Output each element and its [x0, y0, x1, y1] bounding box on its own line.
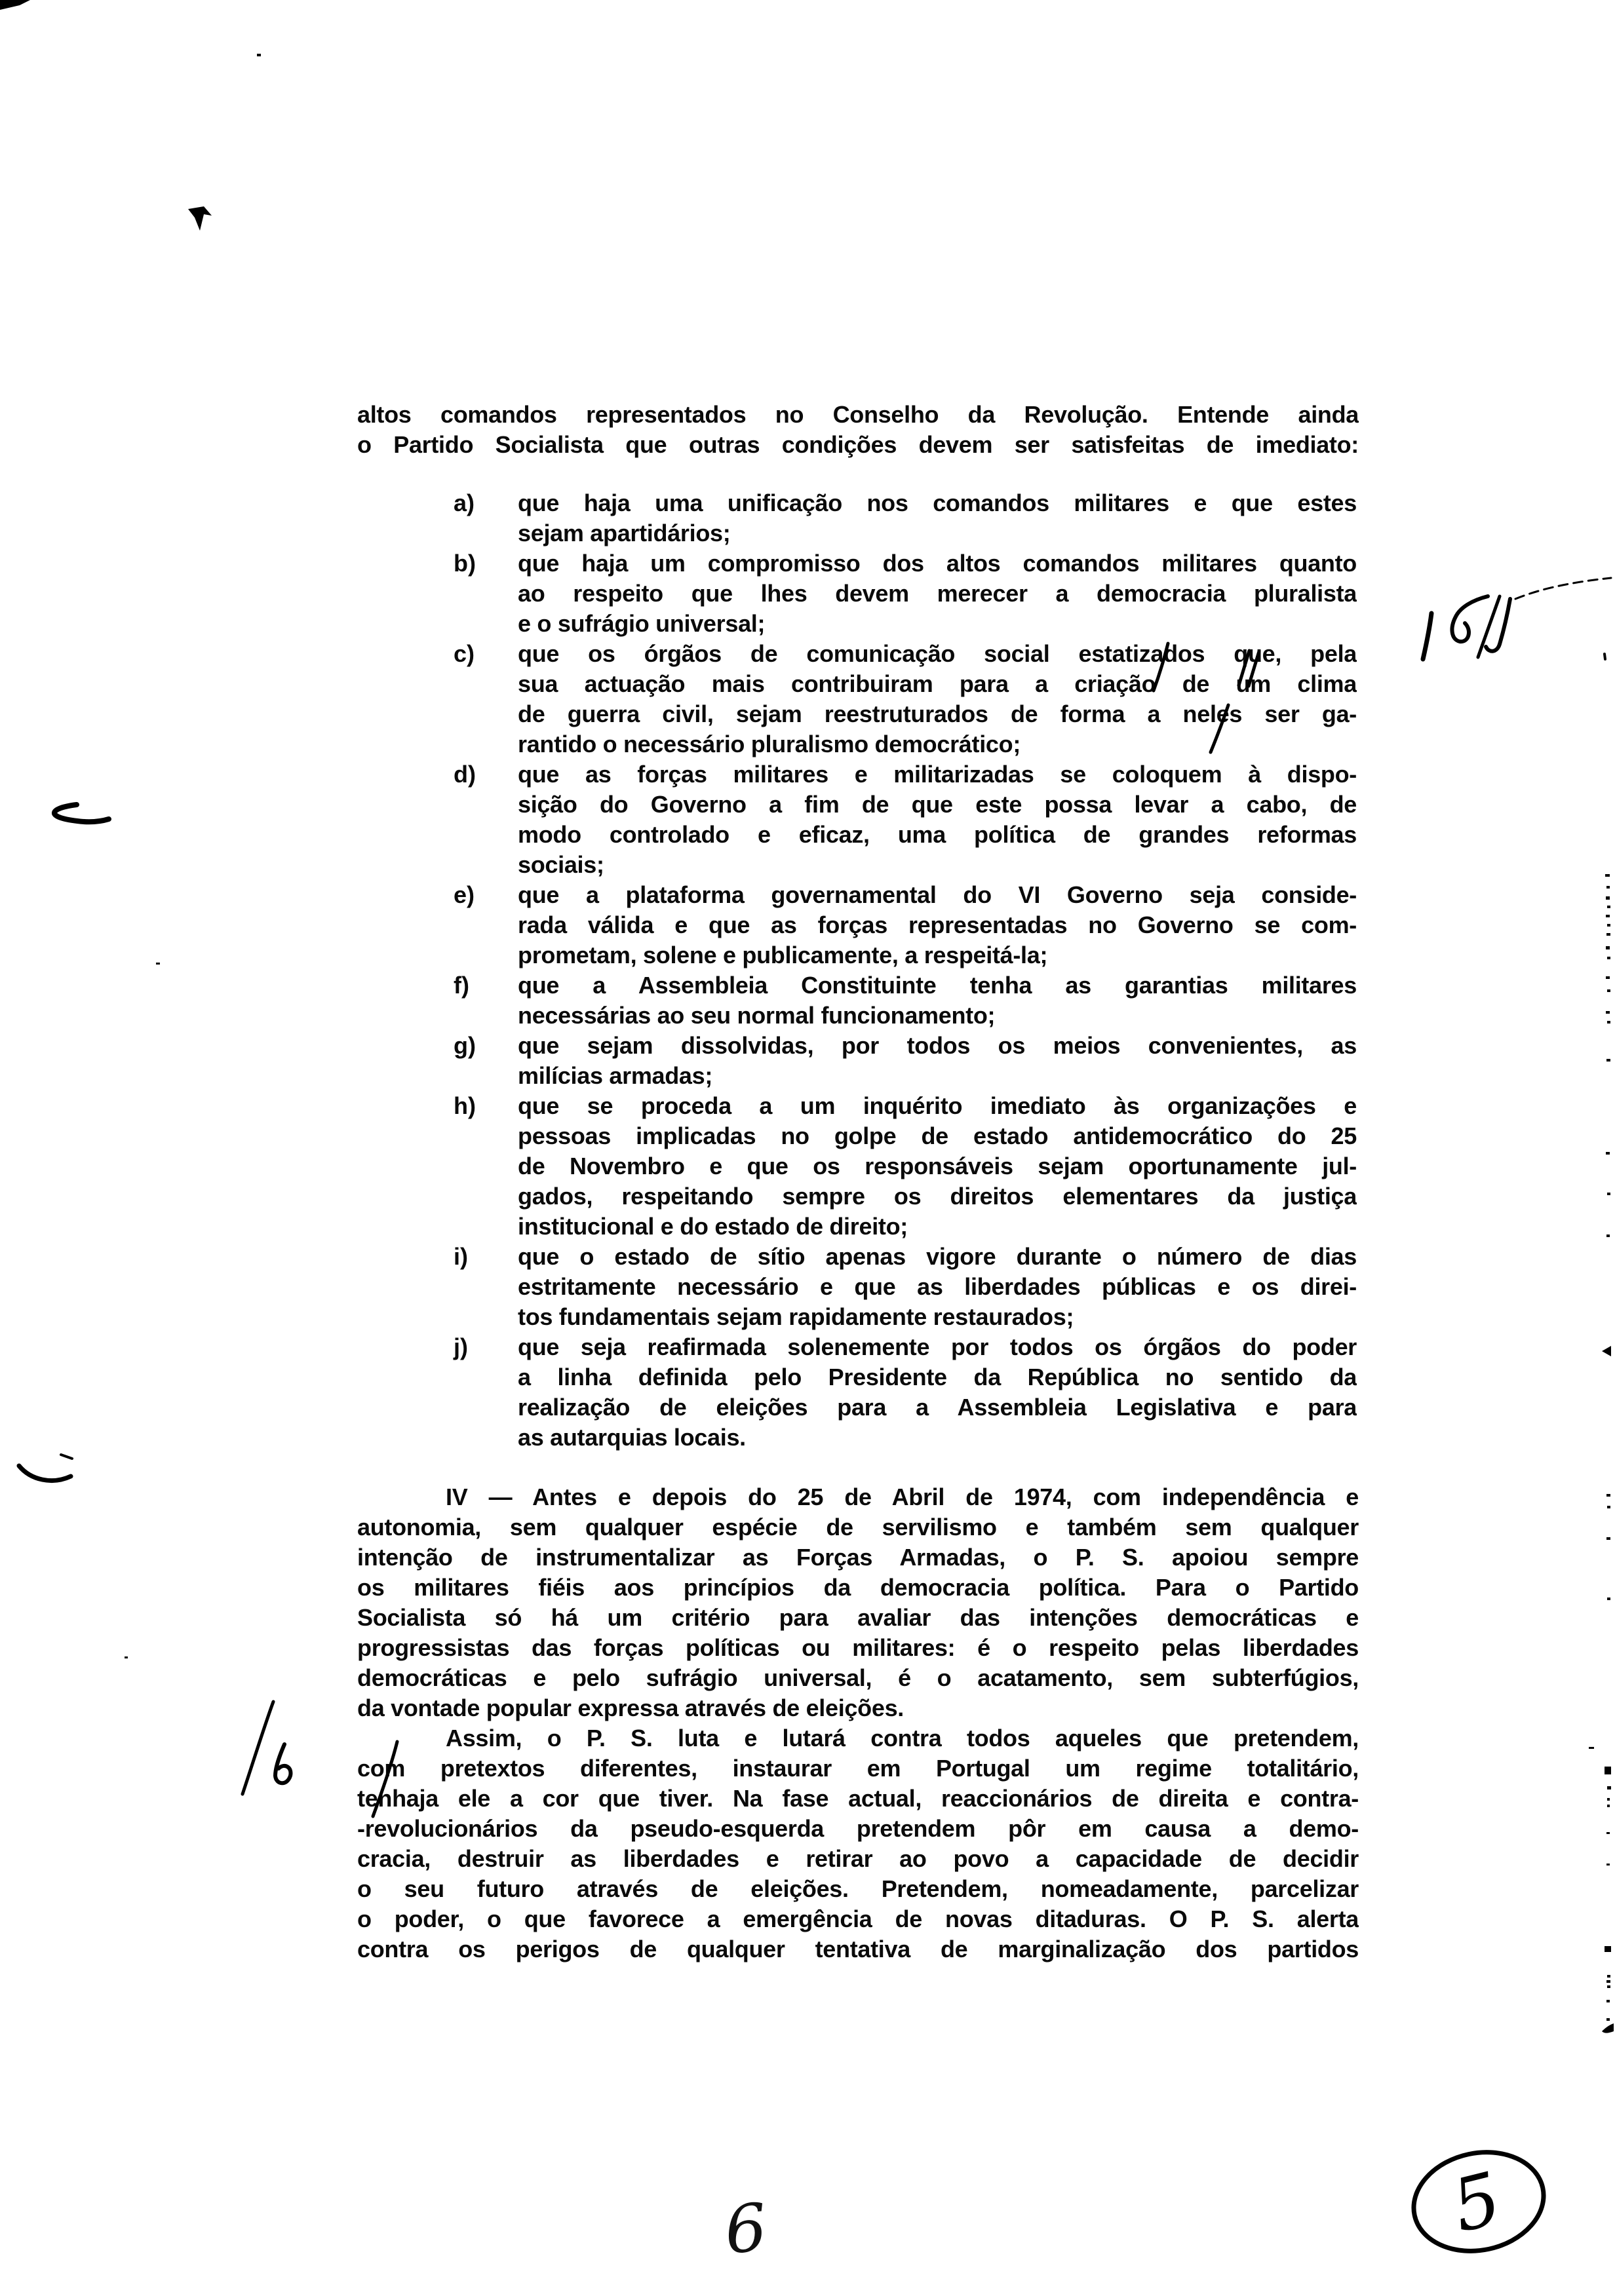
list-item-label: g) [454, 1031, 513, 1061]
circled-number-annotation: 5 [1405, 2141, 1553, 2263]
list-item-g: g) que sejam dissolvidas, por todos os m… [454, 1031, 1357, 1091]
text-line: modo controlado e eficaz, uma política d… [518, 820, 1357, 850]
text-line: tenhaja ele a cor que tiver. Na fase act… [357, 1784, 1359, 1814]
document-page: altos comandos representados no Conselho… [0, 0, 1615, 2296]
intro-paragraph: altos comandos representados no Conselho… [357, 400, 1359, 460]
conditions-list: a) que haja uma unificação nos comandos … [454, 488, 1357, 1453]
text-line: sição do Governo a fim de que este possa… [518, 790, 1357, 820]
text-line: rada válida e que as forças representada… [518, 910, 1357, 940]
list-item-a: a) que haja uma unificação nos comandos … [454, 488, 1357, 548]
list-item-label: f) [454, 970, 513, 1001]
text-line: -revolucionários da pseudo-esquerda pret… [357, 1814, 1359, 1844]
text-line: as autarquias locais. [518, 1423, 1357, 1453]
list-item-f: f) que a Assembleia Constituinte tenha a… [454, 970, 1357, 1031]
list-item-label: e) [454, 880, 513, 910]
text-line: estritamente necessário e que as liberda… [518, 1272, 1357, 1302]
list-item-d: d) que as forças militares e militarizad… [454, 759, 1357, 880]
text-line: institucional e do estado de direito; [518, 1212, 1357, 1242]
text-line: o seu futuro através de eleições. Preten… [357, 1874, 1359, 1904]
section-iv-paragraphs: IV — Antes e depois do 25 de Abril de 19… [357, 1482, 1359, 1964]
list-item-b: b) que haja um compromisso dos altos com… [454, 548, 1357, 639]
text-line: que seja reafirmada solenemente por todo… [518, 1332, 1357, 1362]
list-item-c: c) que os órgãos de comunicação social e… [454, 639, 1357, 759]
text-line: Assim, o P. S. luta e lutará contra todo… [357, 1723, 1359, 1753]
text-line: milícias armadas; [518, 1061, 1357, 1091]
text-line: o Partido Socialista que outras condiçõe… [357, 430, 1359, 460]
text-line: com pretextos diferentes, instaurar em P… [357, 1753, 1359, 1784]
text-line: a linha definida pelo Presidente da Repú… [518, 1362, 1357, 1392]
list-item-h: h) que se proceda a um inquérito imediat… [454, 1091, 1357, 1242]
text-line: ao respeito que lhes devem merecer a dem… [518, 579, 1357, 609]
text-line: altos comandos representados no Conselho… [357, 400, 1359, 430]
list-item-label: h) [454, 1091, 513, 1121]
text-line: realização de eleições para a Assembleia… [518, 1392, 1357, 1423]
list-item-j: j) que seja reafirmada solenemente por t… [454, 1332, 1357, 1453]
list-item-label: c) [454, 639, 513, 669]
text-line: os militares fiéis aos princípios da dem… [357, 1573, 1359, 1603]
list-item-label: j) [454, 1332, 513, 1362]
text-line: Socialista só há um critério para avalia… [357, 1603, 1359, 1633]
text-line: democráticas e pelo sufrágio universal, … [357, 1663, 1359, 1693]
corner-scan-artifact [0, 0, 30, 10]
list-item-label: d) [454, 759, 513, 790]
text-line: intenção de instrumentalizar as Forças A… [357, 1542, 1359, 1573]
text-line: que a plataforma governamental do VI Gov… [518, 880, 1357, 910]
text-line: rantido o necessário pluralismo democrát… [518, 729, 1357, 759]
handwritten-margin-note-right [1423, 578, 1611, 659]
text-line: que os órgãos de comunicação social esta… [518, 639, 1357, 669]
circled-number-digit: 5 [1444, 2156, 1509, 2249]
text-line: tos fundamentais sejam rapidamente resta… [518, 1302, 1357, 1332]
list-item-label: b) [454, 548, 513, 579]
list-item-e: e) que a plataforma governamental do VI … [454, 880, 1357, 970]
text-line: e o sufrágio universal; [518, 609, 1357, 639]
text-line: que a Assembleia Constituinte tenha as g… [518, 970, 1357, 1001]
text-line: que o estado de sítio apenas vigore dura… [518, 1242, 1357, 1272]
list-item-i: i) que o estado de sítio apenas vigore d… [454, 1242, 1357, 1332]
list-item-label: i) [454, 1242, 513, 1272]
text-line: de Novembro e que os responsáveis sejam … [518, 1151, 1357, 1181]
text-line: que as forças militares e militarizadas … [518, 759, 1357, 790]
text-line: sua actuação mais contribuiram para a cr… [518, 669, 1357, 699]
text-line: que se proceda a um inquérito imediato à… [518, 1091, 1357, 1121]
text-line: sejam apartidários; [518, 518, 1357, 548]
text-line: autonomia, sem qualquer espécie de servi… [357, 1512, 1359, 1542]
text-line: sociais; [518, 850, 1357, 880]
arrow-pen-mark [188, 206, 212, 231]
text-line: contra os perigos de qualquer tentativa … [357, 1934, 1359, 1964]
text-line: pessoas implicadas no golpe de estado an… [518, 1121, 1357, 1151]
crescent-pen-mark-left [54, 805, 109, 822]
text-line: cracia, destruir as liberdades e retirar… [357, 1844, 1359, 1874]
text-line: gados, respeitando sempre os direitos el… [518, 1181, 1357, 1212]
text-line: da vontade popular expressa através de e… [357, 1693, 1359, 1723]
text-line: progressistas das forças políticas ou mi… [357, 1633, 1359, 1663]
text-line: IV — Antes e depois do 25 de Abril de 19… [357, 1482, 1359, 1512]
text-line: de guerra civil, sejam reestruturados de… [518, 699, 1357, 729]
text-line: que sejam dissolvidas, por todos os meio… [518, 1031, 1357, 1061]
list-item-label: a) [454, 488, 513, 518]
text-line: que haja uma unificação nos comandos mil… [518, 488, 1357, 518]
text-line: necessárias ao seu normal funcionamento; [518, 1001, 1357, 1031]
hook-pen-mark-left [19, 1455, 72, 1481]
text-line: o poder, o que favorece a emergência de … [357, 1904, 1359, 1934]
text-line: prometam, solene e publicamente, a respe… [518, 940, 1357, 970]
text-line: que haja um compromisso dos altos comand… [518, 548, 1357, 579]
page-number: 6 [722, 2194, 769, 2263]
